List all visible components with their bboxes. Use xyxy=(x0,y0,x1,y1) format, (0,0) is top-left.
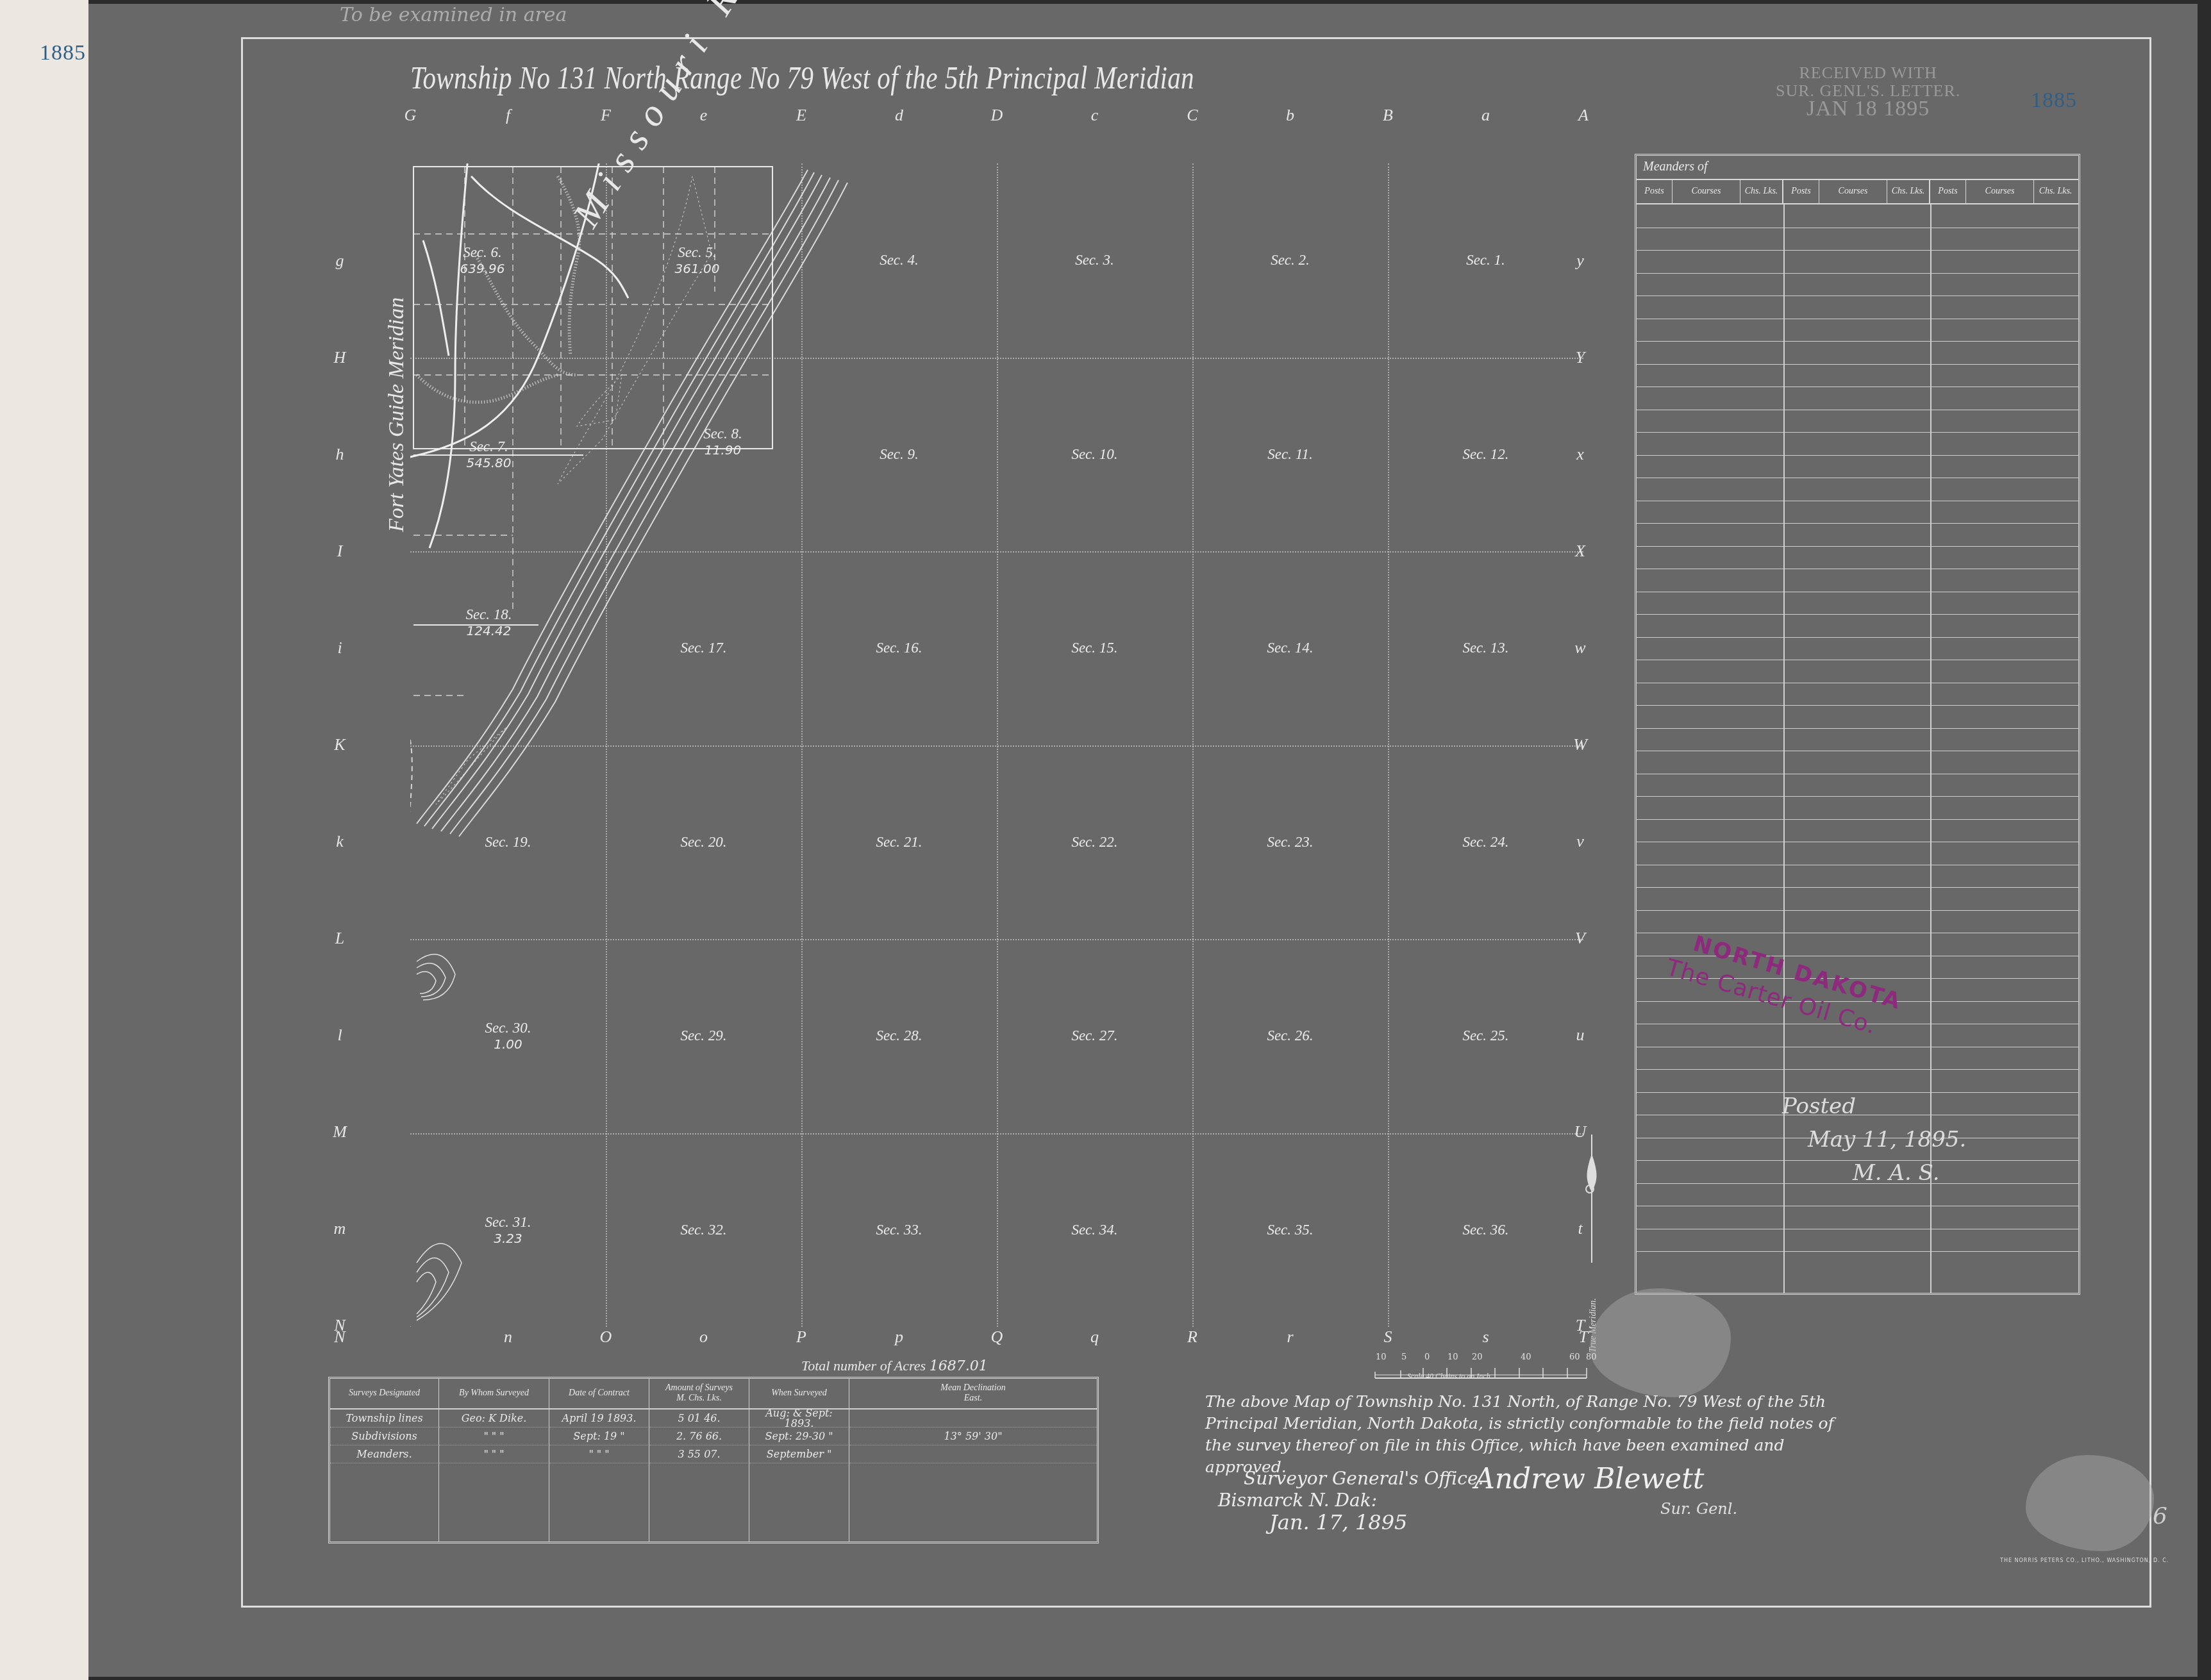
total-acres-value: 1687.01 xyxy=(930,1358,988,1374)
cell-declination xyxy=(849,1445,1097,1463)
scale-tick-label: 60 xyxy=(1569,1352,1580,1362)
meanders-row-line xyxy=(1637,546,2078,547)
section-label: Sec. 20. xyxy=(680,834,726,851)
column-letter: a xyxy=(1481,106,1490,125)
section-label: Sec. 7.545.80 xyxy=(467,438,512,470)
cell-by-whom: Geo: K Dike. xyxy=(439,1410,549,1427)
meanders-row-line xyxy=(1637,819,2078,820)
column-letter: p xyxy=(895,1327,903,1347)
header-when-surveyed: When Surveyed xyxy=(749,1379,849,1410)
meanders-row-line xyxy=(1637,387,2078,387)
section-label: Sec. 21. xyxy=(876,834,922,851)
scale-tick-label: 0 xyxy=(1424,1352,1430,1362)
section-line-vertical xyxy=(1388,163,1389,1327)
meanders-row-line xyxy=(1637,660,2078,660)
meanders-row-line xyxy=(1637,1069,2078,1070)
section-number: Sec. 33. xyxy=(876,1222,922,1238)
meanders-row-line xyxy=(1637,295,2078,296)
section-label: Sec. 34. xyxy=(1071,1222,1117,1238)
posted-note-line1: Posted xyxy=(1782,1090,1966,1123)
cell-when: September " xyxy=(749,1445,849,1463)
section-label: Sec. 4. xyxy=(880,252,919,269)
corner-mark: 6 xyxy=(2153,1503,2167,1529)
meanders-row-line xyxy=(1637,614,2078,615)
column-letter: O xyxy=(600,1327,612,1347)
section-label: Sec. 33. xyxy=(876,1222,922,1238)
office-block: Surveyor General's Office. Bismarck N. D… xyxy=(1218,1468,1483,1533)
row-letter: K xyxy=(334,735,345,754)
section-acres: 11.90 xyxy=(703,442,742,458)
meanders-table-title: Meanders of xyxy=(1637,156,2078,180)
column-letter: e xyxy=(700,106,708,125)
section-label: Sec. 26. xyxy=(1267,1027,1313,1044)
meanders-row-line xyxy=(1637,341,2078,342)
section-number: Sec. 19. xyxy=(485,834,531,850)
section-number: Sec. 9. xyxy=(880,446,919,462)
section-label: Sec. 10. xyxy=(1071,446,1117,463)
water-stain xyxy=(2026,1455,2154,1551)
meanders-row-line xyxy=(1637,592,2078,592)
scale-tick-label: 40 xyxy=(1521,1352,1531,1362)
meanders-row-line xyxy=(1637,228,2078,228)
cell-declination xyxy=(849,1410,1097,1427)
meanders-row-line xyxy=(1637,1251,2078,1252)
meanders-row-line xyxy=(1637,796,2078,797)
column-letter: f xyxy=(506,106,510,125)
section-number: Sec. 5. xyxy=(678,244,717,260)
section-number: Sec. 2. xyxy=(1271,252,1310,268)
empty-cell xyxy=(330,1463,439,1542)
column-letter: Q xyxy=(991,1327,1003,1347)
column-letter: P xyxy=(796,1327,806,1347)
column-letter: B xyxy=(1383,106,1393,125)
meanders-row-line xyxy=(1637,410,2078,410)
section-acres: 639.96 xyxy=(460,261,505,276)
section-label: Sec. 27. xyxy=(1071,1027,1117,1044)
section-label: Sec. 6.639.96 xyxy=(460,244,505,276)
row-letter: g xyxy=(336,251,344,270)
cell-declination: 13° 59' 30" xyxy=(849,1427,1097,1445)
cell-date-contract: April 19 1893. xyxy=(549,1410,649,1427)
section-number: Sec. 34. xyxy=(1071,1222,1117,1238)
section-label: Sec. 28. xyxy=(876,1027,922,1044)
section-acres: 3.23 xyxy=(485,1231,531,1246)
cell-designated: Subdivisions xyxy=(330,1427,439,1445)
meanders-row-line xyxy=(1637,910,2078,911)
meanders-row-line xyxy=(1637,751,2078,751)
cell-amount: 2. 76 66. xyxy=(649,1427,749,1445)
section-number: Sec. 17. xyxy=(680,640,726,656)
true-meridian-arrow-icon xyxy=(1582,1135,1601,1263)
section-label: Sec. 24. xyxy=(1462,834,1508,851)
column-letter: c xyxy=(1091,106,1099,125)
paper-margin-strip xyxy=(0,0,88,1680)
posted-note-line3: M. A. S. xyxy=(1782,1156,1966,1190)
section-number: Sec. 26. xyxy=(1267,1027,1313,1044)
scale-tick-label: 20 xyxy=(1472,1352,1483,1362)
meanders-row-line xyxy=(1637,478,2078,478)
empty-cell xyxy=(549,1463,649,1542)
township-grid: Sec. 6.639.96Sec. 5.361.00Sec. 4.Sec. 3.… xyxy=(410,163,1583,1327)
section-number: Sec. 18. xyxy=(465,606,512,622)
header-chains-links: Chs. Lks. xyxy=(1887,180,1930,203)
section-label: Sec. 2. xyxy=(1271,252,1310,269)
section-label: Sec. 13. xyxy=(1462,640,1508,656)
column-letter: s xyxy=(1482,1327,1489,1347)
cell-date-contract: Sept: 19 " xyxy=(549,1427,649,1445)
section-label: Sec. 8.11.90 xyxy=(703,426,742,458)
section-label: Sec. 17. xyxy=(680,640,726,656)
map-title: Township No 131 North Range No 79 West o… xyxy=(410,59,1194,96)
section-label: Sec. 32. xyxy=(680,1222,726,1238)
meanders-row-line xyxy=(1637,728,2078,729)
office-line2: Bismarck N. Dak: xyxy=(1218,1490,1483,1511)
section-number: Sec. 3. xyxy=(1075,252,1114,268)
posted-note-line2: May 11, 1895. xyxy=(1782,1123,1966,1156)
section-number: Sec. 7. xyxy=(469,438,508,454)
section-number: Sec. 31. xyxy=(485,1214,531,1230)
section-number: Sec. 30. xyxy=(485,1020,531,1036)
row-letter: l xyxy=(337,1026,342,1045)
section-number: Sec. 32. xyxy=(680,1222,726,1238)
section-number: Sec. 36. xyxy=(1462,1222,1508,1238)
scan-number-left: 1885 xyxy=(40,41,86,65)
section-label: Sec. 9. xyxy=(880,446,919,463)
section-label: Sec. 35. xyxy=(1267,1222,1313,1238)
section-label: Sec. 1. xyxy=(1466,252,1505,269)
meanders-row-line xyxy=(1637,523,2078,524)
meanders-row-line xyxy=(1637,774,2078,774)
section-number: Sec. 4. xyxy=(880,252,919,268)
column-letter: D xyxy=(991,106,1003,125)
meanders-row-line xyxy=(1637,455,2078,456)
printer-credit: THE NORRIS PETERS CO., LITHO., WASHINGTO… xyxy=(2000,1558,2169,1563)
survey-record-table: Surveys Designated By Whom Surveyed Date… xyxy=(328,1377,1099,1543)
section-label: Sec. 3. xyxy=(1075,252,1114,269)
meridian-traverse-line xyxy=(410,612,412,1327)
cell-designated: Meanders. xyxy=(330,1445,439,1463)
section-number: Sec. 11. xyxy=(1267,446,1312,462)
header-date-contract: Date of Contract xyxy=(549,1379,649,1410)
column-letter: F xyxy=(601,106,611,125)
section-number: Sec. 6. xyxy=(463,244,502,260)
guide-meridian-label: Fort Yates Guide Meridian xyxy=(385,297,409,532)
meanders-row-line xyxy=(1637,1229,2078,1229)
cell-when: Aug: & Sept: 1893. xyxy=(749,1410,849,1427)
empty-cell xyxy=(749,1463,849,1542)
cell-by-whom: " " " xyxy=(439,1445,549,1463)
section-number: Sec. 29. xyxy=(680,1027,726,1044)
row-letter: H xyxy=(334,348,346,367)
section-acres: 124.42 xyxy=(465,623,512,638)
header-courses: Courses xyxy=(1819,180,1887,203)
meanders-row-line xyxy=(1637,569,2078,569)
section-number: Sec. 20. xyxy=(680,834,726,850)
column-letter: o xyxy=(699,1327,708,1347)
column-letter: A xyxy=(1578,106,1589,125)
section-acres: 545.80 xyxy=(467,455,512,470)
header-surveys-designated: Surveys Designated xyxy=(330,1379,439,1410)
meanders-row-line xyxy=(1637,432,2078,433)
section-number: Sec. 16. xyxy=(876,640,922,656)
meanders-row-line xyxy=(1637,637,2078,638)
header-chains-links: Chs. Lks. xyxy=(2034,180,2077,203)
section-number: Sec. 35. xyxy=(1267,1222,1313,1238)
header-courses: Courses xyxy=(1673,180,1740,203)
meanders-table-header: Posts Courses Chs. Lks. Posts Courses Ch… xyxy=(1637,180,2078,204)
section-number: Sec. 21. xyxy=(876,834,922,850)
scale-tick-label: 80 xyxy=(1586,1352,1597,1362)
cell-designated: Township lines xyxy=(330,1410,439,1427)
section-acres: 1.00 xyxy=(485,1036,531,1052)
cell-by-whom: " " " xyxy=(439,1427,549,1445)
section-number: Sec. 10. xyxy=(1071,446,1117,462)
section-label: Sec. 36. xyxy=(1462,1222,1508,1238)
meanders-row-line xyxy=(1637,250,2078,251)
row-letter: h xyxy=(336,445,344,464)
column-letter: d xyxy=(895,106,903,125)
cell-amount: 5 01 46. xyxy=(649,1410,749,1427)
row-letter: N xyxy=(334,1316,345,1335)
section-label: Sec. 18.124.42 xyxy=(465,606,512,638)
section-number: Sec. 22. xyxy=(1071,834,1117,850)
section-number: Sec. 1. xyxy=(1466,252,1505,268)
meanders-row-line xyxy=(1637,273,2078,274)
section-number: Sec. 28. xyxy=(876,1027,922,1044)
meanders-row-line xyxy=(1637,705,2078,706)
office-line1: Surveyor General's Office. xyxy=(1218,1468,1483,1490)
total-acres: Total number of Acres 1687.01 xyxy=(801,1358,988,1374)
section-number: Sec. 8. xyxy=(703,426,742,442)
signature-title: Sur. Genl. xyxy=(1660,1500,1737,1518)
bluff-hachure-icon xyxy=(417,176,580,403)
section-label: Sec. 23. xyxy=(1267,834,1313,851)
section-number: Sec. 24. xyxy=(1462,834,1508,850)
scale-caption: Scale 40 Chains to an Inch. xyxy=(1407,1372,1492,1381)
section-label: Sec. 12. xyxy=(1462,446,1508,463)
meanders-row-line xyxy=(1637,865,2078,865)
section-line-horizontal xyxy=(410,1133,1583,1135)
water-stain xyxy=(1590,1288,1731,1397)
column-letter: C xyxy=(1187,106,1197,125)
column-letter: E xyxy=(796,106,806,125)
scale-tick-label: 5 xyxy=(1401,1352,1406,1362)
section-label: Sec. 11. xyxy=(1267,446,1312,463)
section-label: Sec. 30.1.00 xyxy=(485,1020,531,1052)
row-letter: m xyxy=(334,1219,346,1238)
meanders-row-line xyxy=(1637,501,2078,501)
posted-note: Posted May 11, 1895. M. A. S. xyxy=(1782,1090,1966,1190)
header-by-whom: By Whom Surveyed xyxy=(439,1379,549,1410)
section-label: Sec. 25. xyxy=(1462,1027,1508,1044)
meanders-row-line xyxy=(1637,319,2078,319)
lake-contour-icon xyxy=(417,954,462,1320)
header-posts: Posts xyxy=(1930,180,1966,203)
section-number: Sec. 13. xyxy=(1462,640,1508,656)
scale-tick-label: 10 xyxy=(1448,1352,1458,1362)
header-chains-links: Chs. Lks. xyxy=(1740,180,1783,203)
column-letter: R xyxy=(1187,1327,1197,1347)
section-acres: 361.00 xyxy=(675,261,720,276)
certificate-date: Jan. 17, 1895 xyxy=(1218,1511,1483,1533)
received-stamp-line1: RECEIVED WITH xyxy=(1776,64,1960,82)
section-number: Sec. 25. xyxy=(1462,1027,1508,1044)
header-courses: Courses xyxy=(1966,180,2034,203)
received-stamp-date: JAN 18 1895 xyxy=(1776,100,1960,118)
section-label: Sec. 19. xyxy=(485,834,531,851)
section-line-horizontal xyxy=(410,939,1583,940)
received-stamp: RECEIVED WITH SUR. GENL'S. LETTER. JAN 1… xyxy=(1776,64,1960,118)
meanders-row-line xyxy=(1637,842,2078,842)
section-label: Sec. 29. xyxy=(680,1027,726,1044)
header-amount: Amount of Surveys M. Chs. Lks. xyxy=(649,1379,749,1410)
section-label: Sec. 15. xyxy=(1071,640,1117,656)
surveyor-signature: Andrew Blewett xyxy=(1474,1463,1705,1495)
empty-cell xyxy=(849,1463,1097,1542)
section-label: Sec. 5.361.00 xyxy=(675,244,720,276)
empty-cell xyxy=(649,1463,749,1542)
column-letter: q xyxy=(1090,1327,1099,1347)
column-letter: b xyxy=(1286,106,1294,125)
section-label: Sec. 16. xyxy=(876,640,922,656)
row-letter: k xyxy=(336,832,344,851)
column-letter: G xyxy=(405,106,417,125)
column-letter: r xyxy=(1287,1327,1293,1347)
column-letter: S xyxy=(1384,1327,1392,1347)
row-letter: M xyxy=(333,1122,347,1142)
header-posts: Posts xyxy=(1783,180,1819,203)
scale-tick-label: 10 xyxy=(1376,1352,1387,1362)
column-letter: n xyxy=(504,1327,512,1347)
handwritten-top-note: To be examined in area xyxy=(340,4,567,26)
header-declination: Mean Declination East. xyxy=(849,1379,1097,1410)
section-line-horizontal xyxy=(410,745,1583,747)
section-label: Sec. 22. xyxy=(1071,834,1117,851)
section-number: Sec. 15. xyxy=(1071,640,1117,656)
section-number: Sec. 12. xyxy=(1462,446,1508,462)
meanders-row-line xyxy=(1637,1047,2078,1047)
section-label: Sec. 14. xyxy=(1267,640,1313,656)
row-letter: i xyxy=(337,638,342,658)
section-number: Sec. 14. xyxy=(1267,640,1313,656)
cell-when: Sept: 29-30 " xyxy=(749,1427,849,1445)
meanders-row-line xyxy=(1637,887,2078,888)
meanders-row-line xyxy=(1637,1206,2078,1206)
section-label: Sec. 31.3.23 xyxy=(485,1214,531,1246)
header-posts: Posts xyxy=(1637,180,1673,203)
section-number: Sec. 27. xyxy=(1071,1027,1117,1044)
total-acres-label: Total number of Acres xyxy=(801,1358,926,1374)
meanders-row-line xyxy=(1637,683,2078,683)
empty-cell xyxy=(439,1463,549,1542)
cell-amount: 3 55 07. xyxy=(649,1445,749,1463)
cell-date-contract: " " " xyxy=(549,1445,649,1463)
meanders-row-line xyxy=(1637,364,2078,365)
row-letter: I xyxy=(337,542,343,561)
row-letter: L xyxy=(335,929,344,948)
section-line-vertical xyxy=(1192,163,1194,1327)
section-number: Sec. 23. xyxy=(1267,834,1313,850)
